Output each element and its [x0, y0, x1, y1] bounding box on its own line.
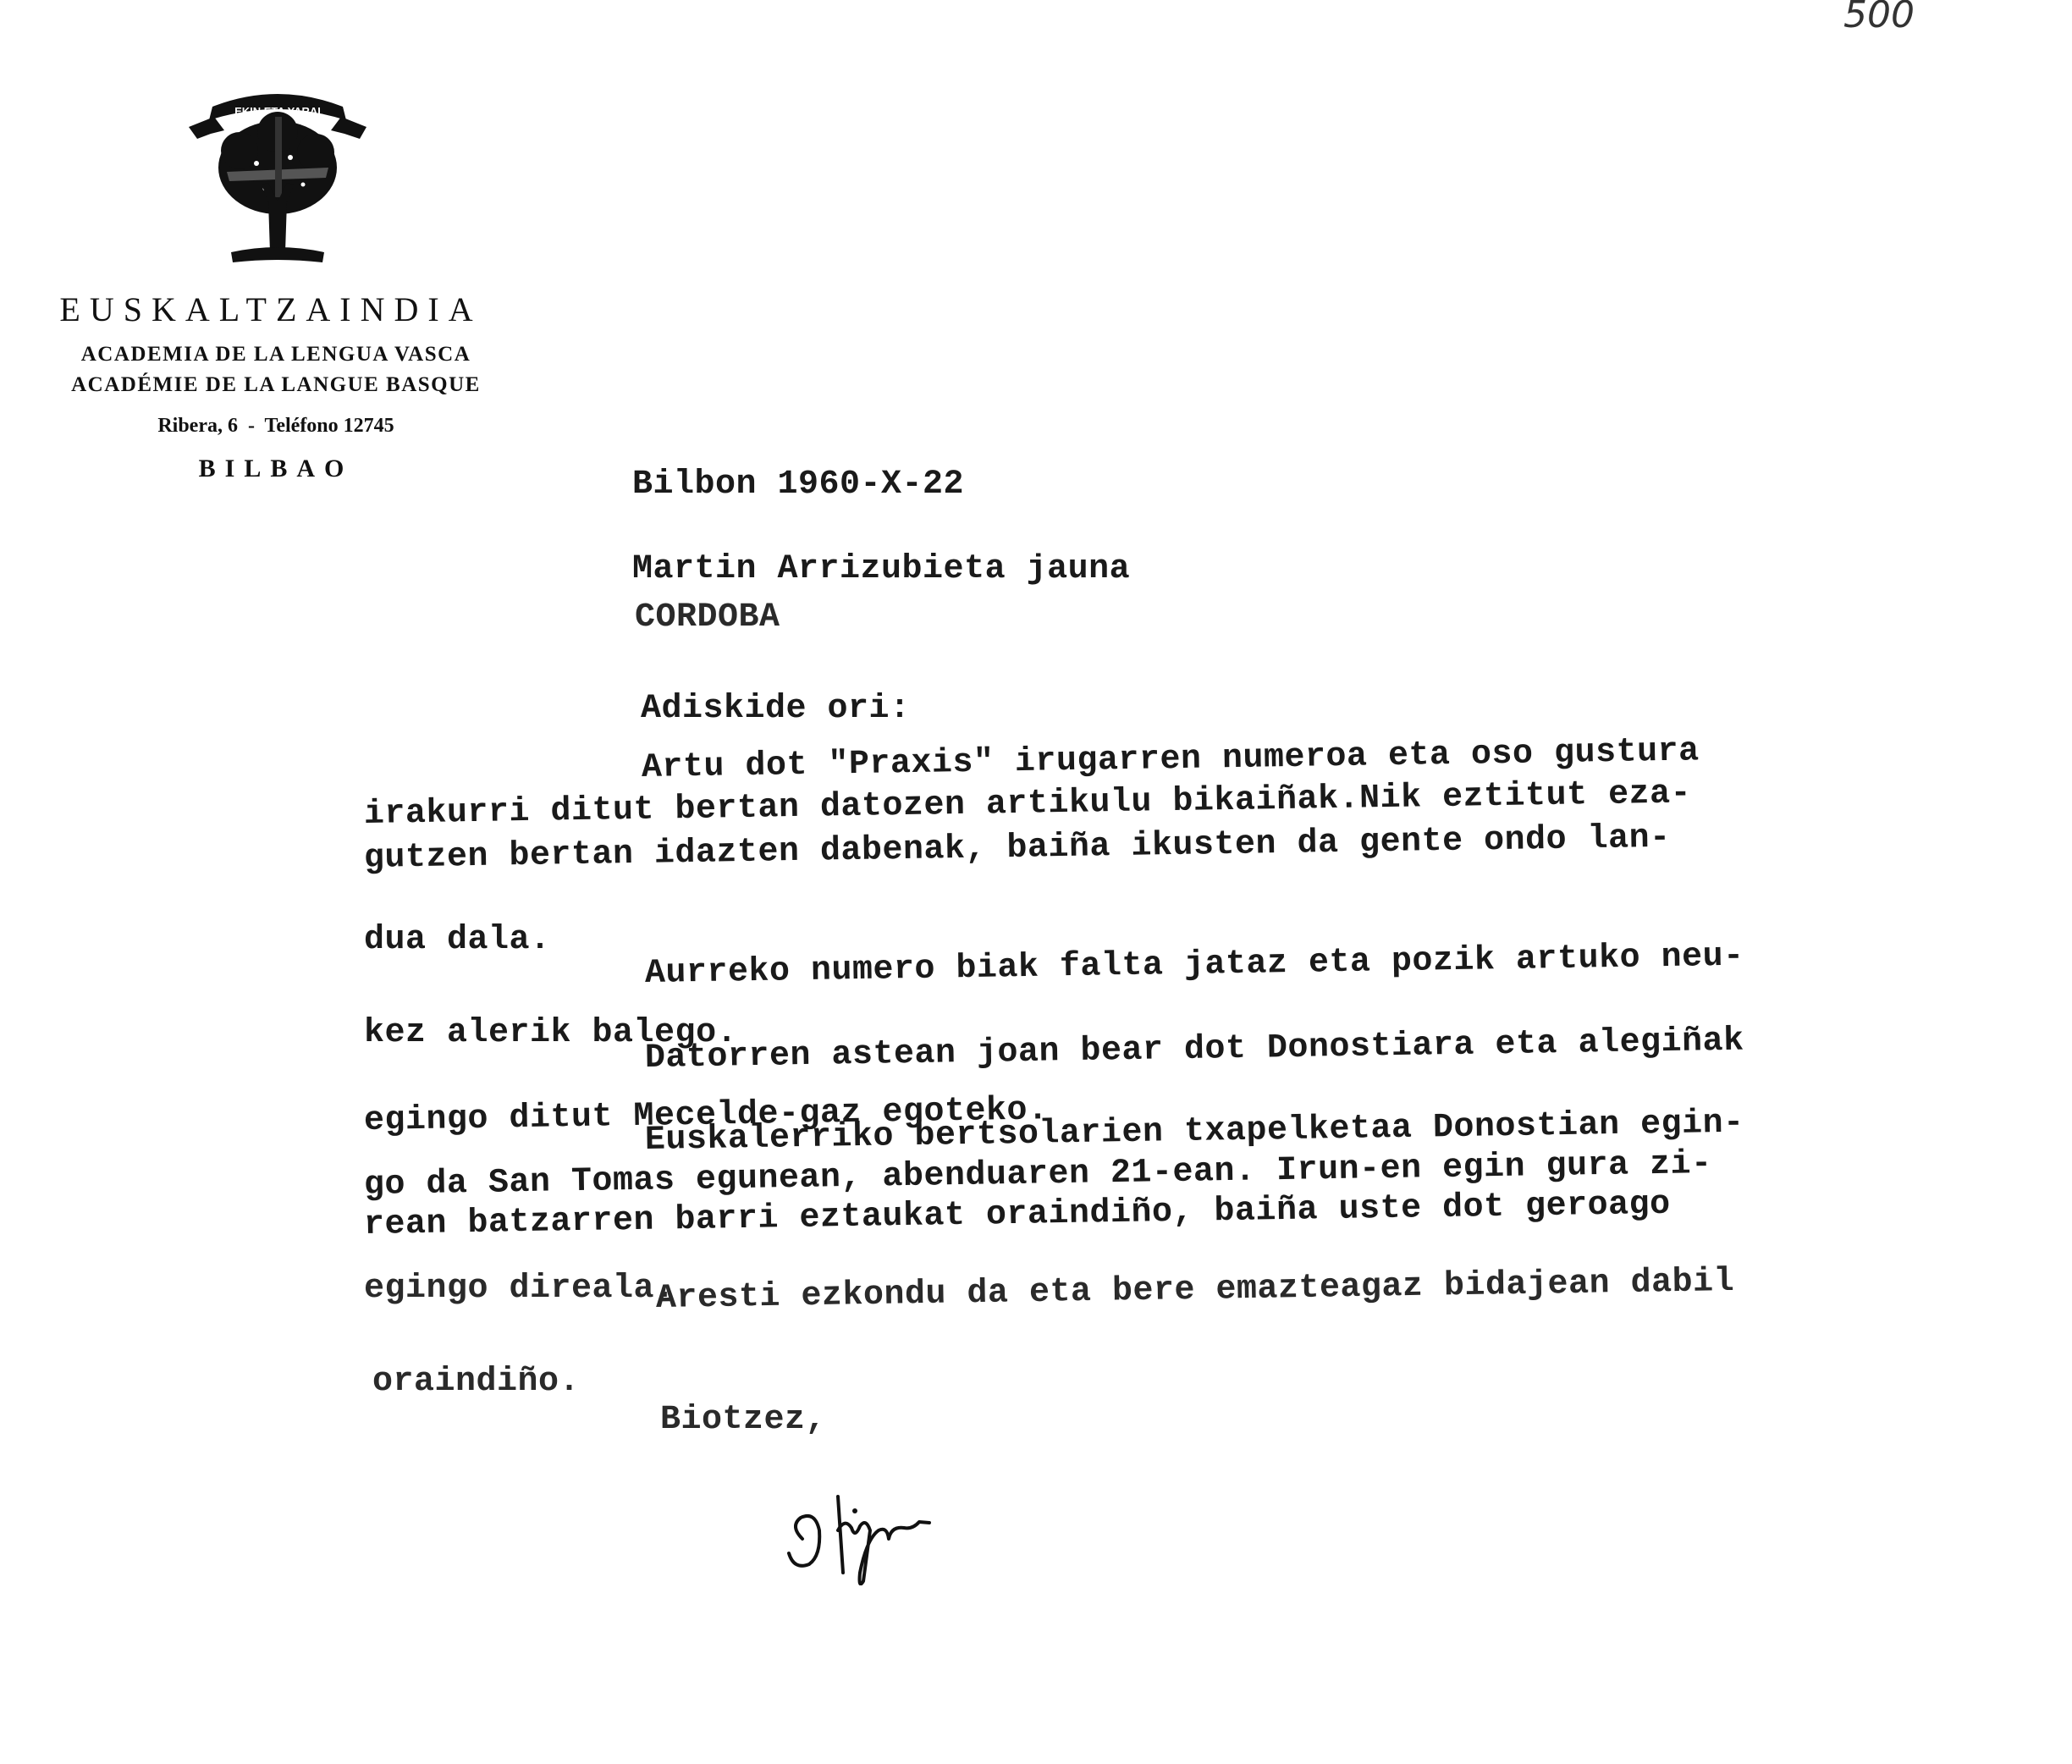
oak-tree-emblem-icon: EKIN ETA YARAI: [174, 68, 368, 258]
closing: Biotzez,: [660, 1401, 826, 1439]
signature: [779, 1477, 1050, 1570]
org-subtitle-spanish: ACADEMIA DE LA LENGUA VASCA: [39, 343, 513, 367]
body-line: egingo direala.: [364, 1270, 675, 1308]
body-line: Aurreko numero biak falta jataz eta pozi…: [645, 938, 1744, 993]
body-line: Datorren astean joan bear dot Donostiara…: [645, 1023, 1744, 1078]
body-line: dua dala.: [364, 921, 551, 959]
recipient-city: CORDOBA: [635, 598, 780, 637]
org-address: Ribera, 6 - Teléfono 12745: [39, 415, 513, 438]
org-name: EUSKALTZAINDIA: [42, 289, 499, 329]
recipient-name: Martin Arrizubieta jauna: [632, 550, 1130, 588]
body-line: Aresti ezkondu da eta bere emazteagaz bi…: [656, 1263, 1735, 1318]
salutation: Adiskide ori:: [641, 690, 911, 728]
date-line: Bilbon 1960-X-22: [632, 466, 964, 504]
body-line: oraindiño.: [372, 1363, 580, 1401]
archive-number: 500: [1843, 0, 1915, 36]
org-city: BILBAO: [39, 455, 513, 483]
org-subtitle-french: ACADÉMIE DE LA LANGUE BASQUE: [39, 373, 513, 397]
